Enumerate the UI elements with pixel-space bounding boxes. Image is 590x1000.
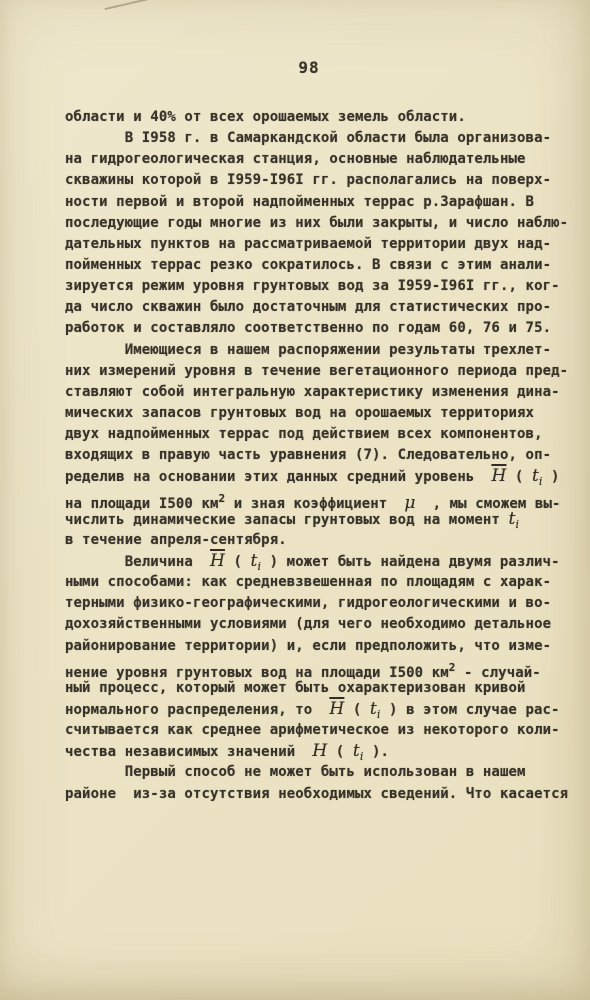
handwritten-math: H: [491, 466, 506, 486]
page-number: 98: [0, 58, 590, 77]
text-line: Первый способ не может быть использован …: [65, 762, 575, 783]
text-line: на площади I500 км2 и зная коэффициент μ…: [65, 488, 575, 509]
text-line: В I958 г. в Самаркандской области была о…: [65, 128, 575, 149]
text-line: на гидрогеологическая станция, основные …: [65, 149, 575, 170]
text-line: ределив на основании этих данных средний…: [65, 466, 575, 487]
text-line: считывается как среднее арифметическое и…: [65, 720, 575, 741]
superscript: 2: [449, 661, 456, 674]
text-line: районе из-за отсутствия необходимых свед…: [65, 784, 575, 805]
text-line: ставляют собой интегральную характеристи…: [65, 382, 575, 403]
text-line: последующие годы многие из них были закр…: [65, 213, 575, 234]
handwritten-math: t: [353, 741, 360, 761]
handwritten-math: H: [329, 699, 344, 719]
text-line: двух надпойменных террас под действием в…: [65, 424, 575, 445]
text-line: работок и составляло соответственно по г…: [65, 318, 575, 339]
text-line: Имеющиеся в нашем распоряжении результат…: [65, 340, 575, 361]
handwritten-math: t: [370, 699, 377, 719]
scanned-document-page: { "page": { "number": "98", "paper_color…: [0, 0, 590, 1000]
text-line: чества независимых значений H ( ti ).: [65, 741, 575, 762]
text-line: числить динамические запасы грунтовых во…: [65, 509, 575, 530]
text-line: да число скважин было достаточным для ст…: [65, 297, 575, 318]
text-line: ный процесс, который может быть охаракте…: [65, 678, 575, 699]
text-line: скважины которой в I959-I96I гг. распола…: [65, 170, 575, 191]
text-line: зируется режим уровня грунтовых вод за I…: [65, 276, 575, 297]
text-line: области и 40% от всех орошаемых земель о…: [65, 107, 575, 128]
text-line: Величина H ( ti ) может быть найдена дву…: [65, 551, 575, 572]
text-line: ными способами: как средневзвешенная по …: [65, 572, 575, 593]
text-line: районирование территории) и, если предпо…: [65, 636, 575, 657]
text-line: них измерений уровня в течение вегетацио…: [65, 361, 575, 382]
text-line: ности первой и второй надпойменных терра…: [65, 192, 575, 213]
text-block: области и 40% от всех орошаемых земель о…: [65, 107, 575, 805]
text-line: нение уровня грунтовых вод на площади I5…: [65, 657, 575, 678]
text-line: в течение апреля-сентября.: [65, 530, 575, 551]
handwritten-math: i: [515, 518, 519, 531]
text-line: терными физико-географическими, гидрогео…: [65, 593, 575, 614]
handwritten-math: t: [532, 466, 539, 486]
handwritten-math: H: [210, 551, 225, 571]
text-line: нормального распределения, то H ( ti ) в…: [65, 699, 575, 720]
text-line: пойменных террас резко сократилось. В св…: [65, 255, 575, 276]
scan-artifact-line: [104, 0, 149, 10]
handwritten-math: H: [312, 741, 327, 761]
text-line: входящих в правую часть уравнения (7). С…: [65, 445, 575, 466]
text-line: дохозяйственными условиями (для чего нео…: [65, 614, 575, 635]
text-line: мических запасов грунтовых вод на орошае…: [65, 403, 575, 424]
text-line: дательных пунктов на рассматриваемой тер…: [65, 234, 575, 255]
